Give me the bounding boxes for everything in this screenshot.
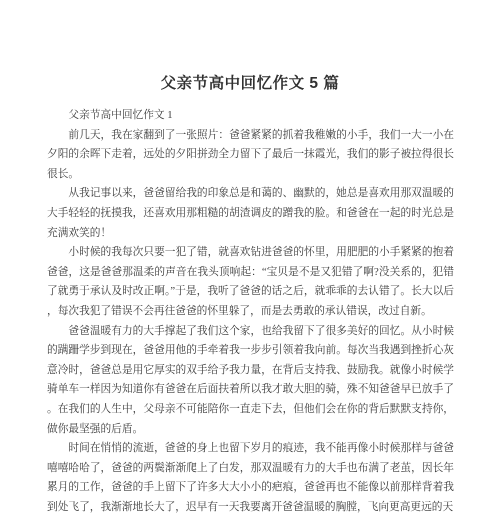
paragraph: 从我记事以来，爸爸留给我的印象总是和蔼的、幽默的，她总是喜欢用那双温暖的大手轻轻… — [47, 184, 454, 243]
section-heading: 父亲节高中回忆作文 1 — [47, 106, 454, 126]
paragraph-list: 前几天，我在家翻到了一张照片：爸爸紧紧的抓着我稚嫩的小手，我们一大一小在夕阳的余… — [47, 126, 454, 517]
paragraph: 时间在悄悄的流逝，爸爸的身上也留下岁月的痕迹，我不能再像小时候那样与爸爸嘻嘻哈哈… — [47, 439, 454, 517]
document-body: 父亲节高中回忆作文 1 前几天，我在家翻到了一张照片：爸爸紧紧的抓着我稚嫩的小手… — [47, 106, 454, 517]
paragraph: 爸爸温暖有力的大手撑起了我们这个家，也给我留下了很多美好的回忆。从小时候的蹒跚学… — [47, 322, 454, 440]
document-page: 父亲节高中回忆作文 5 篇 父亲节高中回忆作文 1 前几天，我在家翻到了一张照片… — [0, 0, 500, 517]
paragraph: 前几天，我在家翻到了一张照片：爸爸紧紧的抓着我稚嫩的小手，我们一大一小在夕阳的余… — [47, 126, 454, 185]
document-title: 父亲节高中回忆作文 5 篇 — [0, 73, 500, 95]
paragraph: 小时候的我每次只要一犯了错，就喜欢钻进爸爸的怀里，用肥肥的小手紧紧的抱着爸爸，这… — [47, 243, 454, 321]
